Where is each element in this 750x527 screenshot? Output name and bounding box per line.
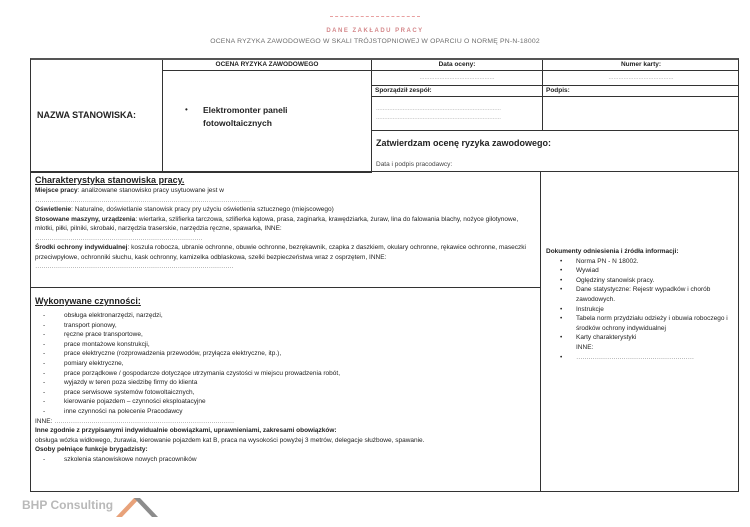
list-item: -ręczne prace transportowe, [35, 330, 537, 340]
dash-icon: - [43, 340, 64, 350]
extra-duties-text: obsługa wózka widłowego, żurawia, kierow… [35, 436, 537, 446]
logo-text: BHP Consulting [22, 498, 113, 512]
position-name-cell: NAZWA STANOWISKA: [31, 60, 163, 173]
job-title: Elektromonter paneli fotowoltaicznych [203, 104, 353, 130]
list-item: •Instrukcje [546, 305, 735, 315]
approval-cell: Zatwierdzam ocenę ryzyka zawodowego: Dat… [372, 131, 739, 173]
activities-section: Wykonywane czynności: -obsługa elektrona… [31, 289, 540, 491]
main-table: Charakterystyka stanowiska pracy. Miejsc… [30, 172, 739, 492]
list-item: •Wywiad [546, 266, 735, 276]
workplace-line: Miejsce pracy: analizowane stanowisko pr… [35, 186, 537, 196]
bullet-icon: • [560, 285, 576, 304]
bullet-icon: • [560, 276, 576, 286]
logo-mountain-icon [114, 496, 164, 518]
left-column: Charakterystyka stanowiska pracy. Miejsc… [31, 172, 541, 491]
list-item: •Tabela norm przydziału odzieży i obuwia… [546, 314, 735, 333]
card-number-field: ………………………………… [543, 71, 739, 86]
list-item: -szkolenia stanowiskowe nowych pracownik… [35, 455, 537, 465]
dash-icon: - [43, 407, 64, 417]
job-title-cell: • Elektromonter paneli fotowoltaicznych [163, 71, 372, 173]
workplace-dots: …………………………………………………………………………………………… [35, 196, 537, 206]
activities-other: INNE: …………………………………………………………………………… [35, 417, 537, 427]
machines-dots: ……………………………………………………………………… [35, 234, 537, 244]
bullet-icon: • [560, 314, 576, 333]
document-title: OCENA RYZYKA ZAWODOWEGO W SKALI TRÓJSTOP… [0, 38, 750, 45]
assessment-date-field: ……………………………………… [372, 71, 543, 86]
references-list: •Norma PN - N 18002.•Wywiad•Oględziny st… [546, 257, 735, 343]
dash-icon: - [43, 369, 64, 379]
dash-icon: - [43, 388, 64, 398]
list-item: •Karty charakterystyki [546, 333, 735, 343]
bullet-icon: • [560, 305, 576, 315]
list-item: -prace montażowe konstrukcji, [35, 340, 537, 350]
dash-icon: - [43, 359, 64, 369]
dash-icon: - [43, 330, 64, 340]
references-title: Dokumenty odniesienia i źródła informacj… [546, 247, 735, 257]
dash-icon: - [43, 455, 64, 465]
list-item: -prace serwisowe systemów fotowoltaiczny… [35, 388, 537, 398]
bhp-consulting-logo: BHP Consulting [22, 496, 172, 518]
list-item: -prace elektryczne (rozprowadzenia przew… [35, 349, 537, 359]
position-name-label: NAZWA STANOWISKA: [37, 110, 136, 120]
list-item: •Dane statystyczne: Rejestr wypadków i c… [546, 285, 735, 304]
bullet-icon: • [560, 257, 576, 267]
dash-icon: - [43, 311, 64, 321]
machines-line: Stosowane maszyny, urządzenia: wiertarka… [35, 215, 537, 234]
employer-signature-label: Data i podpis pracodawcy: [376, 161, 452, 168]
list-item: -kierowanie pojazdem – czynności eksploa… [35, 397, 537, 407]
activities-list: -obsługa elektronarzędzi, narzędzi,-tran… [35, 311, 537, 417]
lighting-line: Oświetlenie: Naturalne, doświetlanie sta… [35, 205, 537, 215]
dash-icon: - [43, 349, 64, 359]
company-data-label: DANE ZAKŁADU PRACY [0, 28, 750, 34]
signature-field [543, 97, 739, 131]
list-item: -pomiary elektryczne, [35, 359, 537, 369]
extra-duties-label: Inne zgodnie z przypisanymi indywidualni… [35, 426, 537, 436]
dash-icon: - [43, 397, 64, 407]
header-table: NAZWA STANOWISKA: OCENA RYZYKA ZAWODOWEG… [30, 58, 739, 172]
list-item: -transport pionowy, [35, 321, 537, 331]
bullet-icon: • [185, 105, 188, 114]
foreman-list: -szkolenia stanowiskowe nowych pracownik… [35, 455, 537, 465]
header-decor-line [330, 16, 420, 17]
assessment-date-label: Data oceny: [372, 60, 543, 71]
prepared-by-line-2: ………………………………………………………………… [376, 114, 542, 123]
list-item: -prace porządkowe / gospodarcze dotycząc… [35, 369, 537, 379]
signature-label: Podpis: [543, 86, 739, 97]
activities-title: Wykonywane czynności: [35, 296, 537, 307]
list-item: •Oględziny stanowisk pracy. [546, 276, 735, 286]
dash-icon: - [43, 378, 64, 388]
prepared-by-label: Sporządził zespół: [372, 86, 543, 97]
references-other-item: •………………………………………………… [546, 353, 735, 363]
bullet-icon: • [560, 333, 576, 343]
characteristics-title: Charakterystyka stanowiska pracy. [35, 175, 537, 186]
list-item: •Norma PN - N 18002. [546, 257, 735, 267]
bullet-icon: • [560, 266, 576, 276]
ppe-line: Środki ochrony indywidualnej: koszula ro… [35, 243, 537, 272]
list-item: -wyjazdy w teren poza siedzibę firmy do … [35, 378, 537, 388]
references-other-label: INNE: [546, 343, 735, 353]
bullet-icon: • [560, 353, 576, 363]
prepared-by-field: ………………………………………………………………… ……………………………………… [372, 97, 543, 131]
list-item: -inne czynności na polecenie Pracodawcy [35, 407, 537, 417]
dash-icon: - [43, 321, 64, 331]
risk-assessment-header: OCENA RYZYKA ZAWODOWEGO [163, 60, 372, 71]
prepared-by-line-1: ………………………………………………………………… [376, 105, 542, 114]
foreman-label: Osoby pełniące funkcje brygadzisty: [35, 445, 537, 455]
characteristics-section: Charakterystyka stanowiska pracy. Miejsc… [31, 172, 540, 288]
list-item: -obsługa elektronarzędzi, narzędzi, [35, 311, 537, 321]
references-column: Dokumenty odniesienia i źródła informacj… [541, 172, 739, 491]
approval-title: Zatwierdzam ocenę ryzyka zawodowego: [376, 138, 551, 148]
card-number-label: Numer karty: [543, 60, 739, 71]
